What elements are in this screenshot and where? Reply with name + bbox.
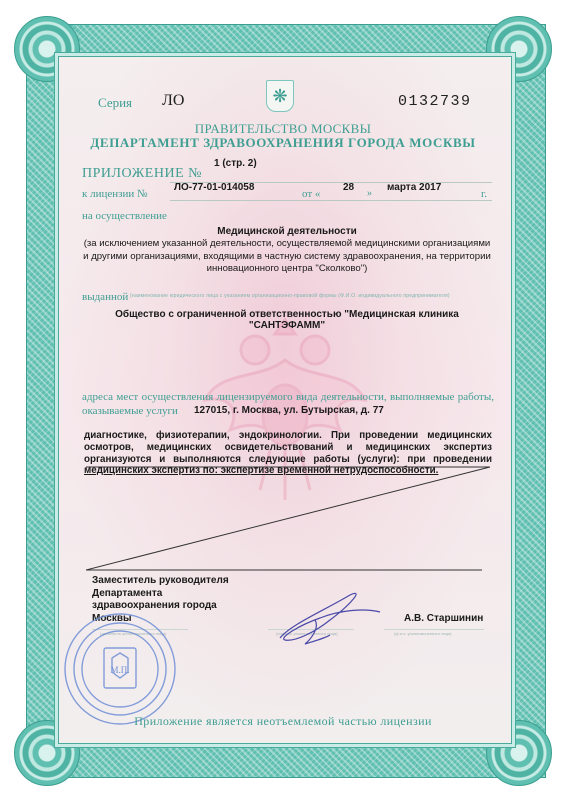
company-name: Общество с ограниченной ответственностью…	[82, 309, 492, 331]
issued-label: выданной	[82, 291, 128, 303]
license-month-year: марта 2017	[387, 182, 441, 193]
license-appendix-page: Серия ЛО ❋ 0132739 ПРАВИТЕЛЬСТВО МОСКВЫ …	[0, 0, 566, 800]
activity-title: Медицинской деятельности	[82, 226, 492, 237]
activity-note: (за исключением указанной деятельности, …	[82, 238, 492, 276]
cancellation-z-line	[86, 466, 496, 571]
license-day: 28	[343, 182, 354, 193]
footer-note: Приложение является неотъемлемой частью …	[0, 714, 566, 729]
position-line: Департамента	[92, 588, 229, 601]
date-prefix: от «	[302, 188, 320, 200]
year-suffix: г.	[481, 188, 487, 200]
license-number: ЛО-77-01-014058	[174, 182, 254, 193]
russian-coat-of-arms-icon: ❋	[266, 80, 294, 112]
form-number: 0132739	[398, 93, 472, 110]
divider	[170, 200, 492, 201]
stamp-center-text: М.П.	[110, 665, 129, 675]
name-hint: (ф.и.о. уполномоченного лица)	[394, 631, 452, 636]
department-title: ДЕПАРТАМЕНТ ЗДРАВООХРАНЕНИЯ ГОРОДА МОСКВ…	[0, 135, 566, 151]
official-seal-stamp: М.П.	[60, 610, 180, 728]
position-line: Заместитель руководителя	[92, 575, 229, 588]
services-body: диагностике, физиотерапии, эндокринологи…	[84, 430, 492, 465]
appendix-number: 1 (стр. 2)	[214, 158, 257, 169]
activity-label: на осуществление	[82, 210, 167, 222]
signer-name: А.В. Старшинин	[404, 613, 483, 624]
address-value: 127015, г. Москва, ул. Бутырская, д. 77	[194, 405, 384, 416]
series-label: Серия	[98, 95, 132, 111]
appendix-label: ПРИЛОЖЕНИЕ №	[82, 166, 202, 182]
issued-hint: (наименование юридического лица с указан…	[130, 293, 450, 299]
license-label: к лицензии №	[82, 188, 148, 200]
handwritten-signature	[270, 580, 390, 650]
divider	[384, 629, 484, 630]
date-quote: »	[367, 188, 372, 199]
series-value: ЛО	[162, 92, 184, 110]
